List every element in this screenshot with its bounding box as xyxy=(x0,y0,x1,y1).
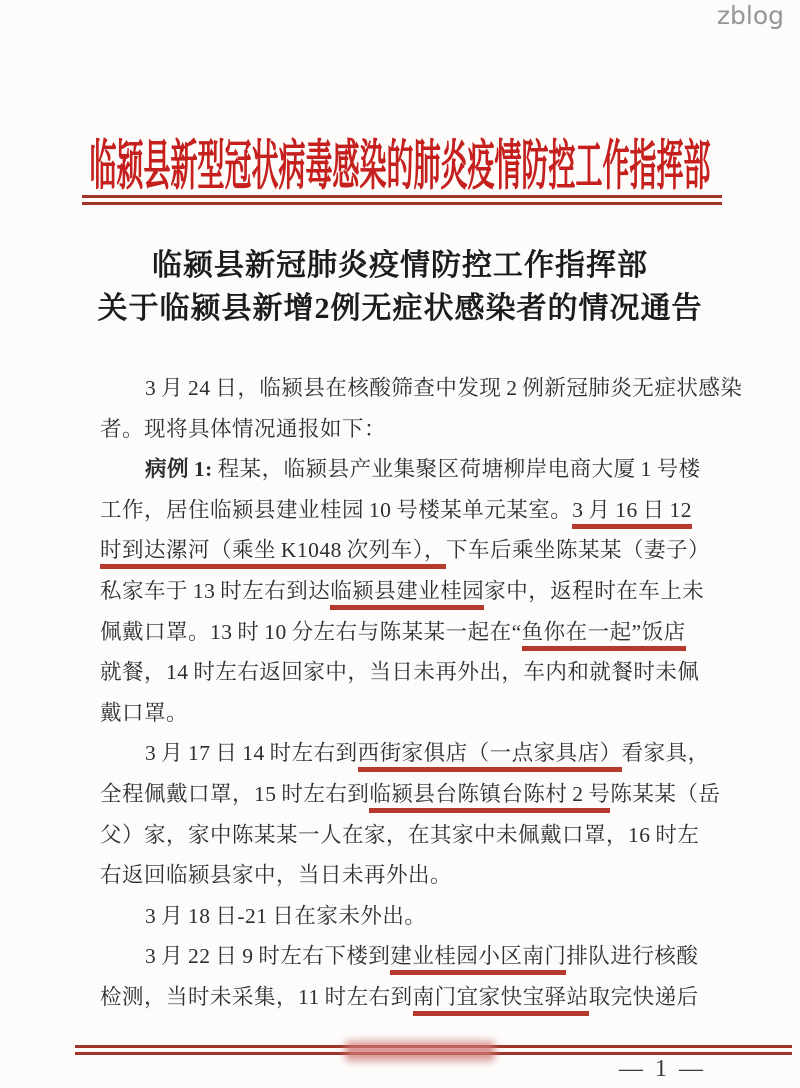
document-title-line1: 临颍县新冠肺炎疫情防控工作指挥部 xyxy=(0,244,800,287)
text-segment: 私家车于 13 时左右到达 xyxy=(100,579,330,603)
underlined-phrase: 建业桂园小区南门 xyxy=(390,944,566,975)
body-line: 病例 1: 程某，临颍县产业集聚区荷塘柳岸电商大厦 1 号楼 xyxy=(100,449,718,490)
text-segment: 3 月 17 日 14 时左右到 xyxy=(145,741,358,765)
text-segment: 3 月 18 日-21 日在家未外出。 xyxy=(145,904,426,928)
document-body: 3 月 24 日，临颍县在核酸筛查中发现 2 例新冠肺炎无症状感染者。现将具体情… xyxy=(100,368,718,1018)
body-line: 3 月 22 日 9 时左右下楼到建业桂园小区南门排队进行核酸 xyxy=(100,936,718,977)
underlined-phrase: 临颍县台陈镇台陈村 2 号 xyxy=(369,782,610,813)
text-segment: 右返回临颍县家中，当日未再外出。 xyxy=(100,863,452,887)
text-segment: 家中，返程时在车上未 xyxy=(484,579,704,603)
body-line: 全程佩戴口罩，15 时左右到临颍县台陈镇台陈村 2 号陈某某（岳 xyxy=(100,774,718,815)
text-segment: 佩戴口罩。13 时 10 分左右与陈某某一起在“ xyxy=(100,620,522,644)
page-number: — 1 — xyxy=(619,1056,706,1083)
body-line: 戴口罩。 xyxy=(100,693,718,734)
red-header-banner: 临颍县新型冠状病毒感染的肺炎疫情防控工作指挥部 xyxy=(0,122,800,161)
body-line: 工作，居住临颍县建业桂园 10 号楼某单元某室。3 月 16 日 12 xyxy=(100,490,718,531)
text-segment: 者。现将具体情况通报如下： xyxy=(100,417,386,441)
underlined-phrase: 南门宜家快宝驿站 xyxy=(413,985,589,1016)
document-title-line2: 关于临颍县新增2例无症状感染者的情况通告 xyxy=(0,287,800,330)
body-line: 3 月 18 日-21 日在家未外出。 xyxy=(100,896,718,937)
text-segment: 陈某某（岳 xyxy=(610,782,720,806)
underlined-phrase: 时到达漯河（乘坐 K1048 次列车）， xyxy=(100,538,446,569)
body-line: 时到达漯河（乘坐 K1048 次列车），下车后乘坐陈某某（妻子） xyxy=(100,530,718,571)
body-line: 佩戴口罩。13 时 10 分左右与陈某某一起在“鱼你在一起”饭店 xyxy=(100,612,718,653)
text-segment: 检测，当时未采集，11 时左右到 xyxy=(100,985,413,1009)
text-segment: 父）家，家中陈某某一人在家，在其家中未佩戴口罩，16 时左 xyxy=(100,823,699,847)
text-segment: 下车后乘坐陈某某（妻子） xyxy=(446,538,710,562)
body-line: 者。现将具体情况通报如下： xyxy=(100,409,718,450)
document-title: 临颍县新冠肺炎疫情防控工作指挥部 关于临颍县新增2例无症状感染者的情况通告 xyxy=(0,244,800,330)
body-line: 3 月 17 日 14 时左右到西街家俱店（一点家具店）看家具， xyxy=(100,733,718,774)
text-segment: 工作，居住临颍县建业桂园 10 号楼某单元某室。 xyxy=(100,498,572,522)
body-line: 右返回临颍县家中，当日未再外出。 xyxy=(100,855,718,896)
text-segment: 取完快递后 xyxy=(589,985,699,1009)
text-segment: 就餐，14 时左右返回家中，当日未再外出，车内和就餐时未佩 xyxy=(100,660,699,684)
body-line: 就餐，14 时左右返回家中，当日未再外出，车内和就餐时未佩 xyxy=(100,652,718,693)
text-segment: 程某，临颍县产业集聚区荷塘柳岸电商大厦 1 号楼 xyxy=(218,457,701,481)
text-segment: 3 月 24 日，临颍县在核酸筛查中发现 2 例新冠肺炎无症状感染 xyxy=(145,376,742,400)
text-segment: 3 月 22 日 9 时左右下楼到 xyxy=(145,944,390,968)
text-segment: 全程佩戴口罩，15 时左右到 xyxy=(100,782,369,806)
underlined-phrase: 3 月 16 日 12 xyxy=(572,498,692,529)
zblog-watermark: zblog xyxy=(717,1,784,30)
header-double-rule xyxy=(82,195,722,205)
text-segment: 病例 1: xyxy=(145,457,218,481)
underlined-phrase: 鱼你在一起”饭店 xyxy=(522,620,686,651)
underlined-phrase: 西街家俱店（一点家具店） xyxy=(358,741,622,772)
red-header-banner-text: 临颍县新型冠状病毒感染的肺炎疫情防控工作指挥部 xyxy=(90,122,711,200)
body-line: 检测，当时未采集，11 时左右到南门宜家快宝驿站取完快递后 xyxy=(100,977,718,1018)
body-line: 3 月 24 日，临颍县在核酸筛查中发现 2 例新冠肺炎无症状感染 xyxy=(100,368,718,409)
text-segment: 戴口罩。 xyxy=(100,701,188,725)
body-line: 父）家，家中陈某某一人在家，在其家中未佩戴口罩，16 时左 xyxy=(100,815,718,856)
body-line: 私家车于 13 时左右到达临颍县建业桂园家中，返程时在车上未 xyxy=(100,571,718,612)
underlined-phrase: 临颍县建业桂园 xyxy=(330,579,484,610)
text-segment: 看家具， xyxy=(622,741,710,765)
text-segment: 排队进行核酸 xyxy=(566,944,698,968)
blurred-watermark-patch xyxy=(345,1041,495,1061)
